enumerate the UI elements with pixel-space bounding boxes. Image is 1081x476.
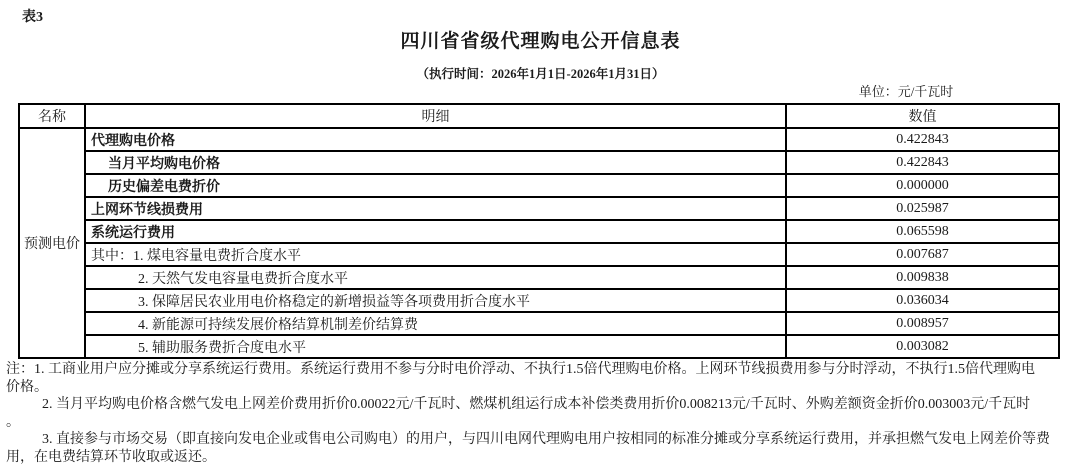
footnote-line: 价格。 [6,379,1076,397]
document-page: 表3 四川省省级代理购电公开信息表 （执行时间：2026年1月1日-2026年1… [0,0,1081,476]
detail-cell: 历史偏差电费折价 [85,174,786,197]
execution-period: （执行时间：2026年1月1日-2026年1月31日） [0,64,1081,82]
table-row: 5. 辅助服务费折合度电水平 0.003082 [19,335,1059,358]
detail-cell: 当月平均购电价格 [85,151,786,174]
row-group-label: 预测电价 [19,128,85,358]
footnote-line: 3. 直接参与市场交易（即直接向发电企业或售电公司购电）的用户，与四川电网代理购… [6,431,1076,449]
value-cell: 0.007687 [786,243,1059,266]
detail-cell: 其中：1. 煤电容量电费折合度水平 [85,243,786,266]
footnote-line: 用，在电费结算环节收取或返还。 [6,449,1076,467]
header-detail: 明细 [85,104,786,128]
table-row: 历史偏差电费折价 0.000000 [19,174,1059,197]
detail-cell: 4. 新能源可持续发展价格结算机制差价结算费 [85,312,786,335]
value-cell: 0.422843 [786,128,1059,151]
page-title: 四川省省级代理购电公开信息表 [0,26,1081,53]
price-info-table: 名称 明细 数值 预测电价 代理购电价格 0.422843 当月平均购电价格 0… [18,103,1060,359]
table-number: 表3 [22,6,43,26]
value-cell: 0.009838 [786,266,1059,289]
detail-cell: 3. 保障居民农业用电价格稳定的新增损益等各项费用折合度水平 [85,289,786,312]
detail-cell: 5. 辅助服务费折合度电水平 [85,335,786,358]
footnote-line: 。 [6,414,1076,432]
table-row: 其中：1. 煤电容量电费折合度水平 0.007687 [19,243,1059,266]
header-name: 名称 [19,104,85,128]
table-row: 系统运行费用 0.065598 [19,220,1059,243]
footnote-line: 注：1. 工商业用户应分摊或分享系统运行费用。系统运行费用不参与分时电价浮动、不… [6,361,1076,379]
value-cell: 0.003082 [786,335,1059,358]
value-cell: 0.008957 [786,312,1059,335]
table-row: 3. 保障居民农业用电价格稳定的新增损益等各项费用折合度水平 0.036034 [19,289,1059,312]
footnotes: 注：1. 工商业用户应分摊或分享系统运行费用。系统运行费用不参与分时电价浮动、不… [6,361,1076,467]
value-cell: 0.036034 [786,289,1059,312]
detail-cell: 代理购电价格 [85,128,786,151]
value-cell: 0.422843 [786,151,1059,174]
footnote-line: 2. 当月平均购电价格含燃气发电上网差价费用折价0.00022元/千瓦时、燃煤机… [6,396,1076,414]
detail-cell: 2. 天然气发电容量电费折合度水平 [85,266,786,289]
value-cell: 0.025987 [786,197,1059,220]
unit-label: 单位：元/千瓦时 [756,81,1056,100]
header-value: 数值 [786,104,1059,128]
value-cell: 0.065598 [786,220,1059,243]
detail-cell: 上网环节线损费用 [85,197,786,220]
table-row: 预测电价 代理购电价格 0.422843 [19,128,1059,151]
detail-cell: 系统运行费用 [85,220,786,243]
table-row: 当月平均购电价格 0.422843 [19,151,1059,174]
table-header-row: 名称 明细 数值 [19,104,1059,128]
table-row: 4. 新能源可持续发展价格结算机制差价结算费 0.008957 [19,312,1059,335]
table-row: 2. 天然气发电容量电费折合度水平 0.009838 [19,266,1059,289]
table-row: 上网环节线损费用 0.025987 [19,197,1059,220]
value-cell: 0.000000 [786,174,1059,197]
